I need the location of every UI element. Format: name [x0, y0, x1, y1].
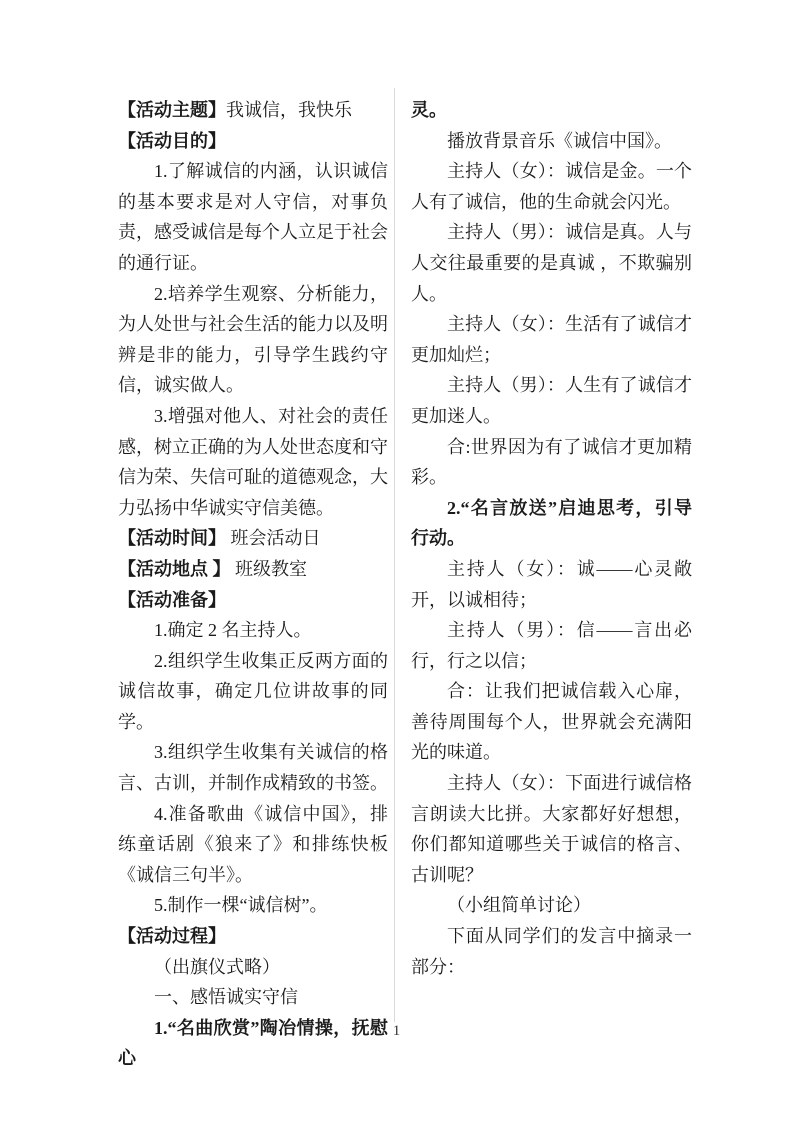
- paragraph: 【活动准备】: [118, 585, 388, 616]
- text-run: 合：让我们把诚信载入心扉，善待周围每个人，世界就会充满阳光的味道。: [411, 681, 692, 762]
- paragraph: 【活动地点 】 班级教室: [118, 554, 388, 585]
- text-run: 主持人（女）：生活有了诚信才更加灿烂；: [411, 314, 692, 365]
- text-run: 3.组织学生收集有关诚信的格言、古训，并制作成精致的书签。: [118, 742, 388, 793]
- text-run: （小组简单讨论）: [447, 895, 591, 915]
- paragraph: 3.组织学生收集有关诚信的格言、古训，并制作成精致的书签。: [118, 737, 388, 798]
- text-run: 主持人（男）：诚信是真。人与人交往最重要的是真诚 ，不欺骗别人。: [411, 222, 692, 303]
- paragraph: 1.确定 2 名主持人。: [118, 615, 388, 646]
- paragraph: 播放背景音乐《诚信中国》。: [411, 126, 692, 157]
- paragraph: 合:世界因为有了诚信才更加精彩。: [411, 432, 692, 493]
- text-run: 4.准备歌曲《诚信中国》，排练童话剧《狼来了》和排练快板《诚信三句半》。: [118, 804, 388, 885]
- text-run: 播放背景音乐《诚信中国》。: [447, 131, 672, 151]
- document-page: 【活动主题】我诚信，我快乐【活动目的】1.了解诚信的内涵，认识诚信的基本要求是对…: [0, 0, 793, 1122]
- paragraph: 主持人（女）：下面进行诚信格言朗读大比拼。大家都好好想想，你们都知道哪些关于诚信…: [411, 768, 692, 890]
- bold-text-run: 【活动时间】: [118, 528, 226, 548]
- paragraph: 2.“名言放送”启迪思考，引导行动。: [411, 493, 692, 554]
- paragraph: 合：让我们把诚信载入心扉，善待周围每个人，世界就会充满阳光的味道。: [411, 676, 692, 768]
- bold-text-run: 2.“名言放送”启迪思考，引导行动。: [411, 498, 692, 549]
- paragraph: 【活动主题】我诚信，我快乐: [118, 95, 388, 126]
- text-run: 合:世界因为有了诚信才更加精彩。: [411, 437, 692, 488]
- text-run: 一、感悟诚实守信: [154, 987, 298, 1007]
- paragraph: 下面从同学们的发言中摘录一部分：: [411, 921, 692, 982]
- paragraph: 灵。: [411, 95, 692, 126]
- text-run: 主持人（女）：诚——心灵敞开，以诚相待；: [411, 559, 692, 610]
- paragraph: （小组简单讨论）: [411, 890, 692, 921]
- text-run: 2.培养学生观察、分析能力，为人处世与社会生活的能力以及明辨是非的能力，引导学生…: [118, 284, 388, 396]
- paragraph: 1.了解诚信的内涵，认识诚信的基本要求是对人守信，对事负责，感受诚信是每个人立足…: [118, 156, 388, 278]
- paragraph: 主持人（女）：生活有了诚信才更加灿烂；: [411, 309, 692, 370]
- paragraph: 主持人（女）：诚信是金。一个人有了诚信，他的生命就会闪光。: [411, 156, 692, 217]
- paragraph: 【活动时间】 班会活动日: [118, 523, 388, 554]
- paragraph: 2.培养学生观察、分析能力，为人处世与社会生活的能力以及明辨是非的能力，引导学生…: [118, 279, 388, 401]
- column-divider: [394, 88, 395, 1022]
- bold-text-run: 【活动目的】: [118, 131, 226, 151]
- bold-text-run: 【活动过程】: [118, 926, 226, 946]
- paragraph: 一、感悟诚实守信: [118, 982, 388, 1013]
- text-run: 主持人（男）：信——言出必行，行之以信；: [411, 620, 692, 671]
- text-run: 下面从同学们的发言中摘录一部分：: [411, 926, 692, 977]
- text-run: 主持人（男）：人生有了诚信才更加迷人。: [411, 375, 692, 426]
- paragraph: 4.准备歌曲《诚信中国》，排练童话剧《狼来了》和排练快板《诚信三句半》。: [118, 799, 388, 891]
- text-run: 1.了解诚信的内涵，认识诚信的基本要求是对人守信，对事负责，感受诚信是每个人立足…: [118, 161, 388, 273]
- text-run: 主持人（女）：诚信是金。一个人有了诚信，他的生命就会闪光。: [411, 161, 692, 212]
- text-run: 主持人（女）：下面进行诚信格言朗读大比拼。大家都好好想想，你们都知道哪些关于诚信…: [411, 773, 692, 885]
- text-column-left: 【活动主题】我诚信，我快乐【活动目的】1.了解诚信的内涵，认识诚信的基本要求是对…: [118, 95, 388, 1074]
- text-run: 2.组织学生收集正反两方面的诚信故事，确定几位讲故事的同学。: [118, 651, 388, 732]
- paragraph: 5.制作一棵“诚信树”。: [118, 890, 388, 921]
- text-run: 班会活动日: [226, 528, 321, 548]
- bold-text-run: 【活动地点 】: [118, 559, 231, 579]
- bold-text-run: 灵。: [411, 100, 447, 120]
- paragraph: 主持人（男）：人生有了诚信才更加迷人。: [411, 370, 692, 431]
- text-run: 班级教室: [231, 559, 308, 579]
- page-number: 1: [0, 1022, 793, 1040]
- paragraph: （出旗仪式略）: [118, 952, 388, 983]
- bold-text-run: 【活动准备】: [118, 590, 226, 610]
- paragraph: 主持人（男）：信——言出必行，行之以信；: [411, 615, 692, 676]
- paragraph: 【活动目的】: [118, 126, 388, 157]
- text-run: 1.确定 2 名主持人。: [154, 620, 312, 640]
- text-run: 5.制作一棵“诚信树”。: [154, 895, 327, 915]
- paragraph: 主持人（男）：诚信是真。人与人交往最重要的是真诚 ，不欺骗别人。: [411, 217, 692, 309]
- paragraph: 主持人（女）：诚——心灵敞开，以诚相待；: [411, 554, 692, 615]
- text-run: 3.增强对他人、对社会的责任感，树立正确的为人处世态度和守信为荣、失信可耻的道德…: [118, 406, 388, 518]
- text-run: 我诚信，我快乐: [226, 100, 352, 120]
- paragraph: 2.组织学生收集正反两方面的诚信故事，确定几位讲故事的同学。: [118, 646, 388, 738]
- paragraph: 【活动过程】: [118, 921, 388, 952]
- paragraph: 3.增强对他人、对社会的责任感，树立正确的为人处世态度和守信为荣、失信可耻的道德…: [118, 401, 388, 523]
- text-column-right: 灵。播放背景音乐《诚信中国》。主持人（女）：诚信是金。一个人有了诚信，他的生命就…: [411, 95, 692, 982]
- text-run: （出旗仪式略）: [154, 957, 280, 977]
- bold-text-run: 【活动主题】: [118, 100, 226, 120]
